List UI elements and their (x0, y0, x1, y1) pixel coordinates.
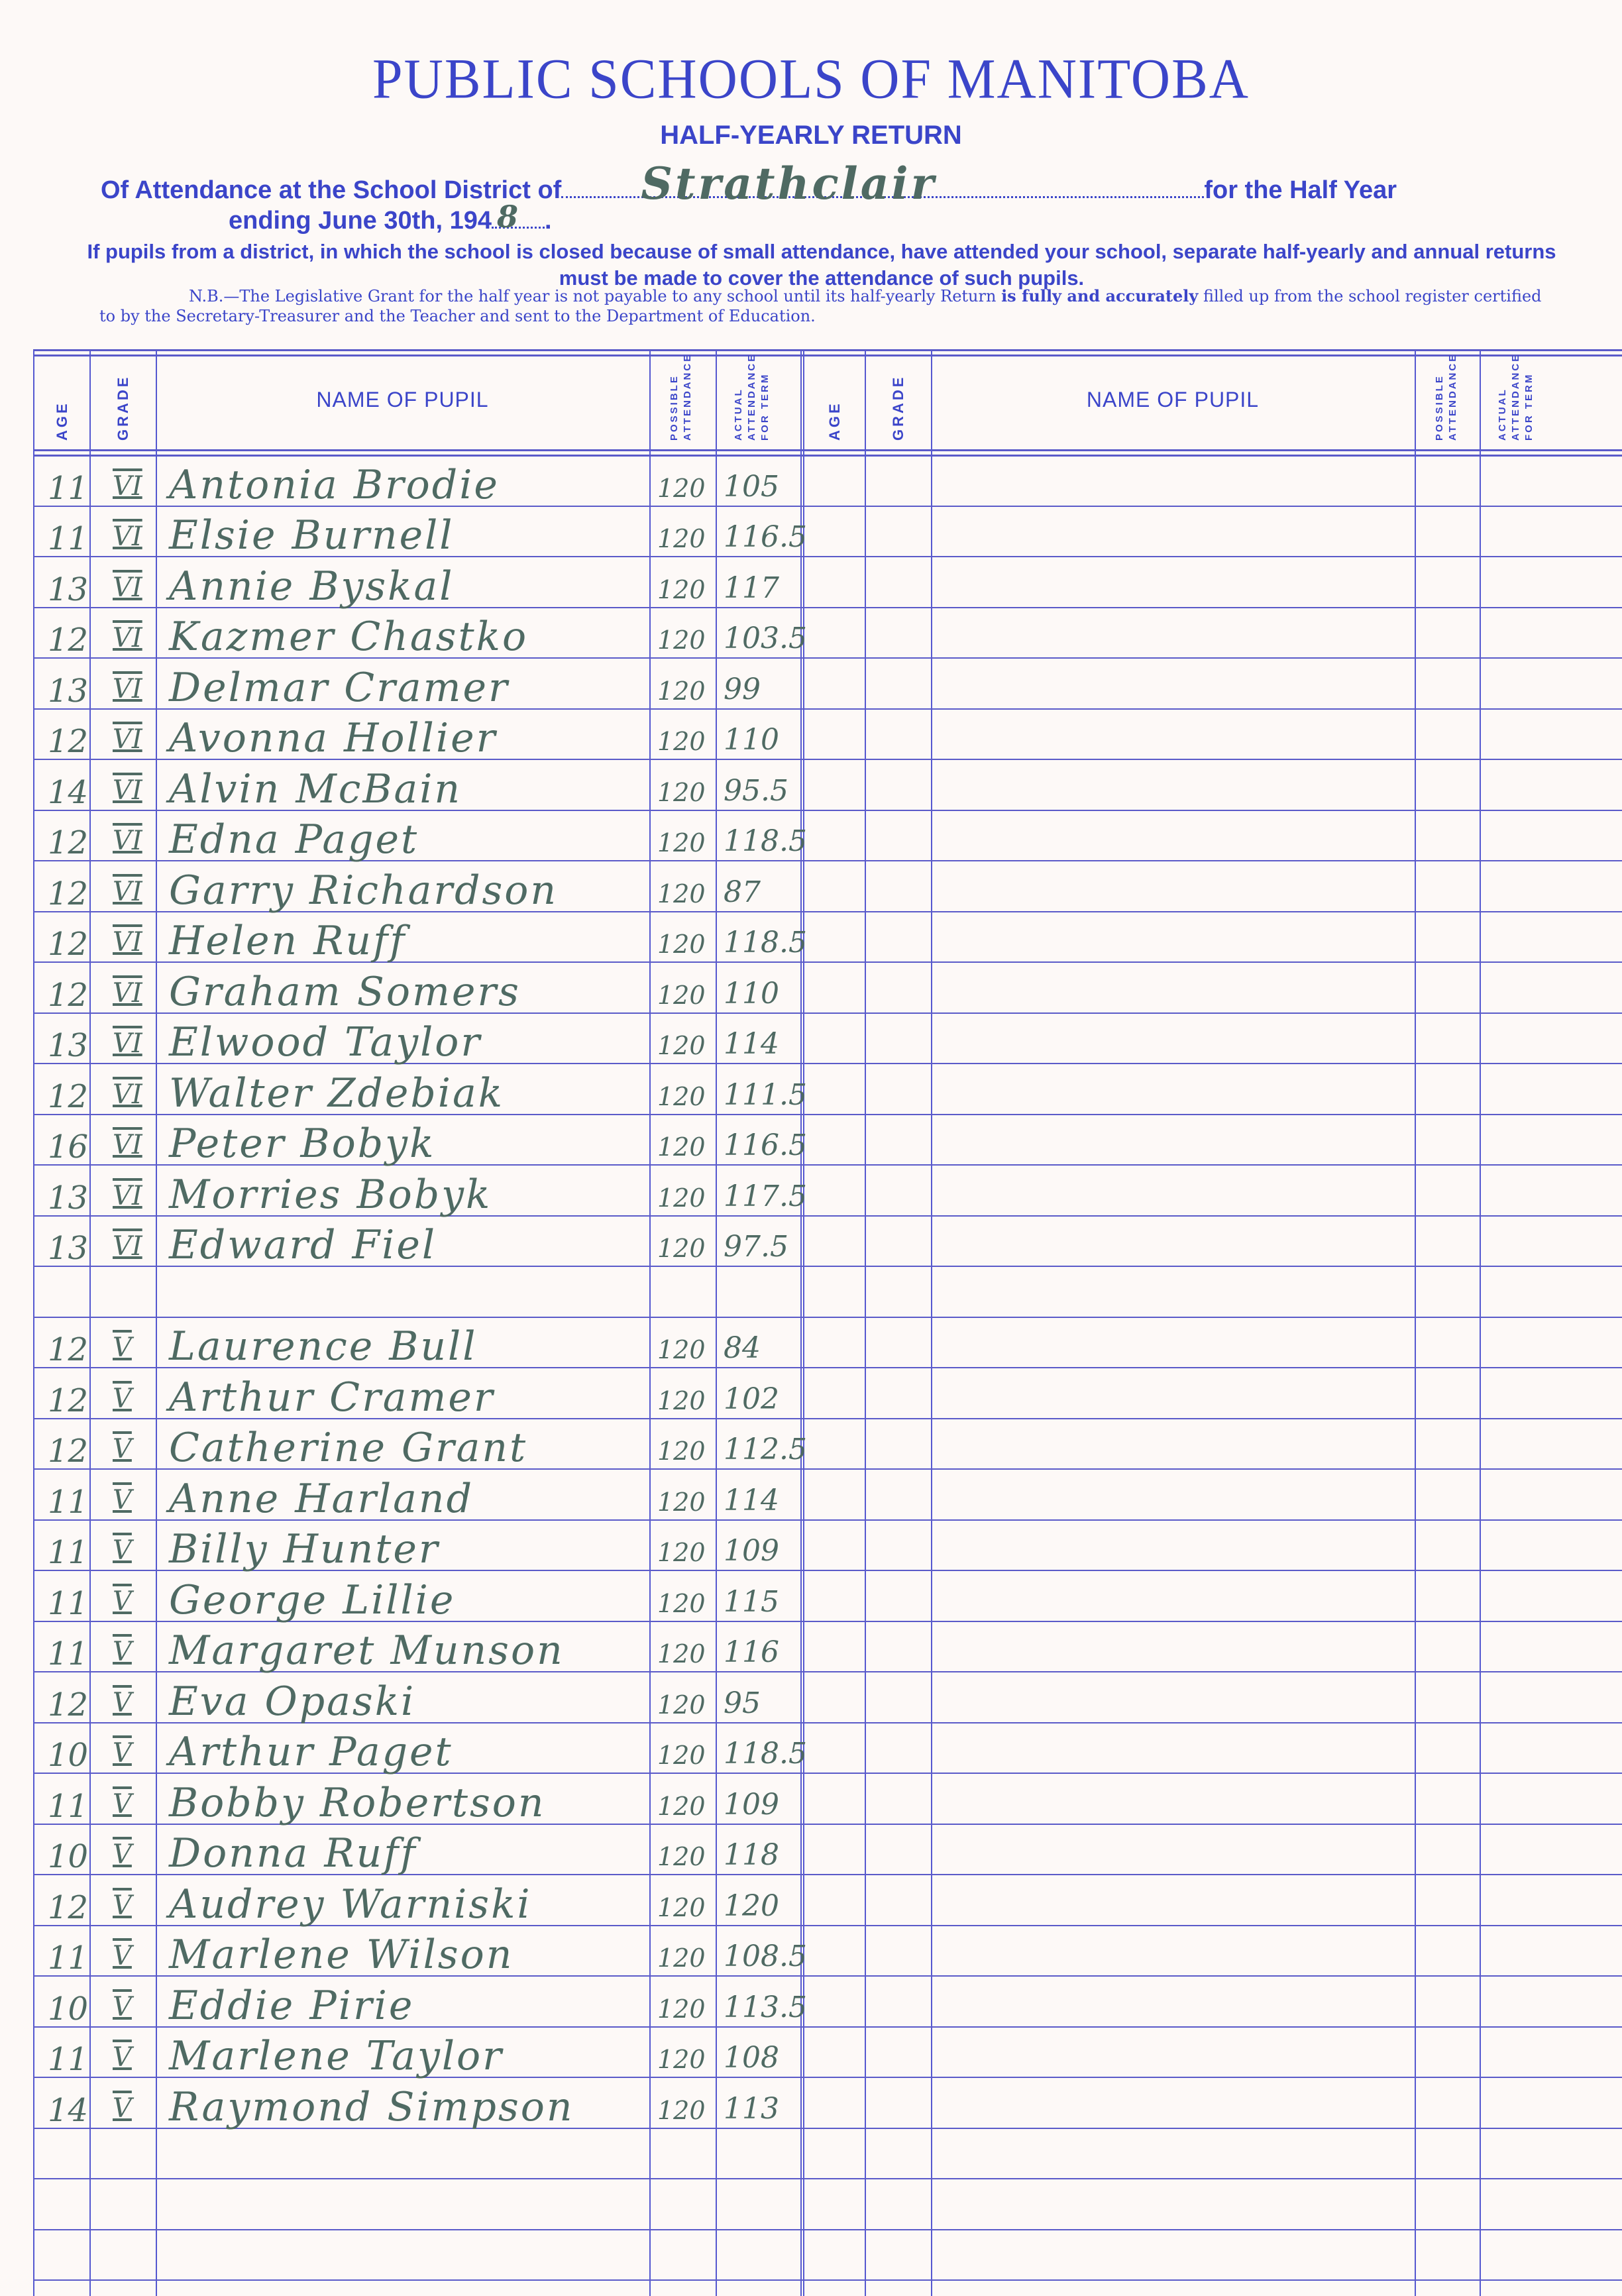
pupil-possible-attendance[interactable]: 120 (657, 1893, 706, 1922)
pupil-actual-attendance[interactable]: 97.5 (724, 1230, 788, 1264)
pupil-actual-attendance[interactable]: 114 (724, 1484, 779, 1517)
pupil-possible-attendance[interactable]: 120 (657, 1335, 706, 1364)
pupil-grade[interactable]: VI (113, 1028, 142, 1059)
pupil-grade[interactable]: V (113, 1535, 132, 1566)
pupil-age[interactable]: 13 (48, 1230, 88, 1267)
row-rule (33, 2279, 1622, 2281)
pupil-possible-attendance[interactable]: 120 (657, 1031, 706, 1060)
pupil-grade[interactable]: V (113, 1384, 132, 1414)
pupil-grade[interactable]: V (113, 1333, 132, 1363)
pupil-grade[interactable]: VI (113, 1079, 142, 1110)
pupil-name[interactable]: Kazmer Chastko (169, 614, 528, 660)
header-actual-left: ACTUALATTENDANCEFOR TERM (732, 353, 772, 441)
pupil-possible-attendance[interactable]: 120 (657, 1437, 706, 1466)
pupil-name[interactable]: Avonna Hollier (169, 715, 497, 761)
pupil-possible-attendance[interactable]: 120 (657, 1741, 706, 1770)
pupil-possible-attendance[interactable]: 120 (657, 575, 706, 604)
pupil-age[interactable]: 12 (48, 977, 88, 1014)
pupil-name[interactable]: Alvin McBain (169, 766, 462, 812)
pupil-age[interactable]: 12 (48, 1331, 88, 1368)
pupil-age[interactable]: 11 (48, 1484, 88, 1521)
pupil-actual-attendance[interactable]: 116 (724, 1635, 779, 1669)
pupil-grade[interactable]: VI (113, 775, 142, 806)
pupil-possible-attendance[interactable]: 120 (657, 2045, 706, 2074)
header-grade-right: GRADE (890, 375, 907, 441)
row-rule (33, 2178, 1622, 2179)
pupil-grade[interactable]: VI (113, 674, 142, 704)
pupil-possible-attendance[interactable]: 120 (657, 1943, 706, 1973)
district-label: Of Attendance at the School District of (101, 176, 561, 204)
pupil-age[interactable]: 11 (48, 1585, 88, 1622)
column-divider (1480, 351, 1481, 2296)
pupil-actual-attendance[interactable]: 118.5 (724, 824, 807, 858)
pupil-name[interactable]: Margaret Munson (169, 1627, 565, 1674)
pupil-possible-attendance[interactable]: 120 (657, 1082, 706, 1111)
pupil-possible-attendance[interactable]: 120 (657, 778, 706, 807)
pupil-possible-attendance[interactable]: 120 (657, 1589, 706, 1618)
pupil-name[interactable]: Bobby Robertson (169, 1780, 546, 1826)
pupil-grade[interactable]: V (113, 1688, 132, 1718)
header-grade-left: GRADE (115, 375, 132, 441)
pupil-actual-attendance[interactable]: 87 (724, 875, 761, 909)
pupil-grade[interactable]: VI (113, 826, 142, 856)
pupil-possible-attendance[interactable]: 120 (657, 879, 706, 908)
pupil-possible-attendance[interactable]: 120 (657, 1690, 706, 1720)
pupil-age[interactable]: 11 (48, 1534, 88, 1571)
pupil-name[interactable]: Billy Hunter (169, 1526, 440, 1572)
pupil-possible-attendance[interactable]: 120 (657, 1792, 706, 1821)
pupil-grade[interactable]: VI (113, 521, 142, 552)
row-rule (33, 2229, 1622, 2230)
pupil-age[interactable]: 11 (48, 1635, 88, 1672)
pupil-name[interactable]: Elsie Burnell (169, 512, 455, 559)
pupil-actual-attendance[interactable]: 117 (724, 571, 779, 605)
pupil-possible-attendance[interactable]: 120 (657, 1842, 706, 1871)
pupil-name[interactable]: Antonia Brodie (169, 462, 500, 508)
pupil-grade[interactable]: VI (113, 1181, 142, 1211)
pupil-grade[interactable]: VI (113, 1231, 142, 1262)
pupil-possible-attendance[interactable]: 120 (657, 1538, 706, 1567)
column-divider (716, 351, 717, 2296)
pupil-age[interactable]: 12 (48, 1382, 88, 1419)
pupil-age[interactable]: 12 (48, 1686, 88, 1723)
pupil-grade[interactable]: VI (113, 877, 142, 907)
pupil-name[interactable]: Peter Bobyk (169, 1121, 435, 1167)
pupil-age[interactable]: 11 (48, 2041, 88, 2078)
pupil-grade[interactable]: VI (113, 1130, 142, 1160)
pupil-actual-attendance[interactable]: 116.5 (724, 520, 807, 554)
pupil-name[interactable]: Elwood Taylor (169, 1019, 482, 1066)
legislative-grant-note: N.B.—The Legislative Grant for the half … (99, 286, 1557, 326)
pupil-actual-attendance[interactable]: 118 (724, 1838, 779, 1872)
pupil-grade[interactable]: V (113, 1789, 132, 1820)
pupil-possible-attendance[interactable]: 120 (657, 1386, 706, 1415)
pupil-age[interactable]: 12 (48, 723, 88, 760)
pupil-age[interactable]: 14 (48, 774, 88, 811)
pupil-actual-attendance[interactable]: 112.5 (724, 1433, 807, 1466)
year-field[interactable]: 8 (492, 204, 545, 229)
row-rule (33, 1317, 1622, 1318)
rule-line (33, 349, 1622, 351)
pupil-possible-attendance[interactable]: 120 (657, 626, 706, 655)
pupil-grade[interactable]: V (113, 1941, 132, 1971)
pupil-name[interactable]: Morries Bobyk (169, 1172, 492, 1218)
year-value: 8 (497, 199, 518, 235)
pupil-age[interactable]: 14 (48, 2092, 88, 2129)
rule-line (33, 455, 1622, 457)
pupil-age[interactable]: 11 (48, 520, 88, 557)
column-divider (33, 351, 34, 2296)
pupil-grade[interactable]: V (113, 1890, 132, 1921)
pupil-age[interactable]: 12 (48, 1078, 88, 1115)
pupil-actual-attendance[interactable]: 105 (724, 470, 779, 504)
pupil-possible-attendance[interactable]: 120 (657, 1488, 706, 1517)
pupil-age[interactable]: 11 (48, 1788, 88, 1825)
pupil-possible-attendance[interactable]: 120 (657, 1639, 706, 1668)
pupil-name[interactable]: Graham Somers (169, 969, 521, 1015)
pupil-name[interactable]: Eddie Pirie (169, 1983, 414, 2029)
pupil-name[interactable]: Arthur Cramer (169, 1374, 495, 1421)
pupil-actual-attendance[interactable]: 102 (724, 1382, 779, 1416)
pupil-name[interactable]: George Lillie (169, 1577, 455, 1623)
pupil-actual-attendance[interactable]: 108.5 (724, 1940, 807, 1973)
header-actual-right: ACTUALATTENDANCEFOR TERM (1496, 353, 1536, 441)
pupil-actual-attendance[interactable]: 99 (724, 673, 761, 706)
pupil-possible-attendance[interactable]: 120 (657, 1234, 706, 1263)
pupil-grade[interactable]: V (113, 2093, 132, 2124)
pupil-name[interactable]: Helen Ruff (169, 918, 406, 964)
column-divider (865, 351, 866, 2296)
pupil-age[interactable]: 13 (48, 673, 88, 710)
pupil-age[interactable]: 13 (48, 571, 88, 608)
pupil-possible-attendance[interactable]: 120 (657, 474, 706, 503)
pupil-actual-attendance[interactable]: 113.5 (724, 1991, 807, 2024)
district-field[interactable]: Strathclair (561, 171, 1204, 198)
pupil-actual-attendance[interactable]: 108 (724, 2041, 779, 2075)
pupil-age[interactable]: 13 (48, 1179, 88, 1217)
pupil-possible-attendance[interactable]: 120 (657, 1995, 706, 2024)
pupil-age[interactable]: 11 (48, 470, 88, 507)
pupil-name[interactable]: Donna Ruff (169, 1830, 417, 1877)
pupil-grade[interactable]: VI (113, 471, 142, 502)
pupil-age[interactable]: 10 (48, 1991, 88, 2028)
pupil-possible-attendance[interactable]: 120 (657, 981, 706, 1010)
pupil-age[interactable]: 12 (48, 1889, 88, 1926)
pupil-actual-attendance[interactable]: 118.5 (724, 926, 807, 959)
pupil-name[interactable]: Garry Richardson (169, 867, 558, 914)
pupil-grade[interactable]: V (113, 1839, 132, 1870)
header-name-left: NAME OF PUPIL (156, 388, 649, 412)
pupil-actual-attendance[interactable]: 118.5 (724, 1737, 807, 1771)
column-divider (89, 351, 91, 2296)
half-year-label: for the Half Year (1204, 176, 1397, 204)
pupil-name[interactable]: Marlene Wilson (169, 1932, 514, 1978)
pupil-actual-attendance[interactable]: 113 (724, 2092, 779, 2126)
pupil-actual-attendance[interactable]: 103.5 (724, 622, 807, 655)
pupil-grade[interactable]: VI (113, 623, 142, 653)
pupil-grade[interactable]: V (113, 1586, 132, 1617)
column-divider (156, 351, 157, 2296)
form-subtitle: HALF-YEARLY RETURN (0, 121, 1622, 150)
district-value: Strathclair (641, 158, 936, 209)
pupil-possible-attendance[interactable]: 120 (657, 2096, 706, 2125)
pupil-age[interactable]: 12 (48, 926, 88, 963)
pupil-actual-attendance[interactable]: 95 (724, 1686, 761, 1720)
pupil-actual-attendance[interactable]: 114 (724, 1027, 779, 1061)
header-age-right: AGE (826, 401, 843, 441)
pupil-name[interactable]: Edward Fiel (169, 1222, 437, 1268)
pupil-name[interactable]: Anne Harland (169, 1476, 474, 1522)
pupil-actual-attendance[interactable]: 110 (724, 977, 779, 1011)
pupil-grade[interactable]: VI (113, 573, 142, 603)
pupil-name[interactable]: Audrey Warniski (169, 1881, 532, 1928)
pupil-grade[interactable]: VI (113, 978, 142, 1009)
pupil-actual-attendance[interactable]: 111.5 (724, 1078, 807, 1112)
pupil-name[interactable]: Annie Byskal (169, 563, 454, 610)
pupil-grade[interactable]: V (113, 2042, 132, 2073)
pupil-grade[interactable]: V (113, 1434, 132, 1464)
ending-line: ending June 30th, 1948. (229, 204, 552, 235)
column-divider (1415, 351, 1416, 2296)
pupil-name[interactable]: Arthur Paget (169, 1729, 453, 1775)
form-title: PUBLIC SCHOOLS OF MANITOBA (0, 46, 1622, 112)
pupil-name[interactable]: Eva Opaski (169, 1678, 415, 1725)
pupil-grade[interactable]: V (113, 1738, 132, 1769)
rule-line (33, 355, 1622, 356)
pupil-actual-attendance[interactable]: 95.5 (724, 774, 788, 808)
pupil-name[interactable]: Catherine Grant (169, 1425, 527, 1471)
rule-line (33, 449, 1622, 451)
pupil-possible-attendance[interactable]: 120 (657, 1183, 706, 1213)
pupil-possible-attendance[interactable]: 120 (657, 727, 706, 756)
pupil-age[interactable]: 12 (48, 824, 88, 861)
pupil-possible-attendance[interactable]: 120 (657, 1132, 706, 1162)
pupil-actual-attendance[interactable]: 115 (724, 1585, 779, 1619)
pupil-grade[interactable]: VI (113, 927, 142, 957)
header-name-right: NAME OF PUPIL (931, 388, 1415, 412)
pupil-age[interactable]: 12 (48, 1433, 88, 1470)
column-divider (931, 351, 932, 2296)
pupil-possible-attendance[interactable]: 120 (657, 828, 706, 857)
pupil-possible-attendance[interactable]: 120 (657, 930, 706, 959)
pupil-age[interactable]: 16 (48, 1128, 88, 1166)
pupil-possible-attendance[interactable]: 120 (657, 524, 706, 553)
pupil-name[interactable]: Delmar Cramer (169, 665, 510, 711)
pupil-possible-attendance[interactable]: 120 (657, 677, 706, 706)
pupil-age[interactable]: 13 (48, 1027, 88, 1064)
pupil-actual-attendance[interactable]: 117.5 (724, 1179, 807, 1213)
pupil-actual-attendance[interactable]: 116.5 (724, 1128, 807, 1162)
header-possible-left: POSSIBLEATTENDANCE (668, 353, 694, 441)
pupil-age[interactable]: 11 (48, 1940, 88, 1977)
pupil-name[interactable]: Raymond Simpson (169, 2084, 574, 2130)
pupil-name[interactable]: Marlene Taylor (169, 2033, 504, 2079)
pupil-age[interactable]: 10 (48, 1838, 88, 1875)
header-age-left: AGE (54, 401, 71, 441)
pupil-actual-attendance[interactable]: 84 (724, 1331, 761, 1365)
column-divider (649, 351, 651, 2296)
pupil-age[interactable]: 12 (48, 875, 88, 912)
header-possible-right: POSSIBLEATTENDANCE (1433, 353, 1460, 441)
pupil-name[interactable]: Laurence Bull (169, 1323, 477, 1370)
pupil-actual-attendance[interactable]: 109 (724, 1788, 779, 1822)
pupil-grade[interactable]: V (113, 1992, 132, 2022)
pupil-grade[interactable]: V (113, 1485, 132, 1515)
ending-label: ending June 30th, 194 (229, 207, 492, 235)
pupil-age[interactable]: 10 (48, 1737, 88, 1774)
pupil-age[interactable]: 12 (48, 622, 88, 659)
district-line: Of Attendance at the School District ofS… (101, 171, 1397, 205)
closed-district-notice: If pupils from a district, in which the … (86, 239, 1557, 292)
pupil-actual-attendance[interactable]: 109 (724, 1534, 779, 1568)
pupil-grade[interactable]: VI (113, 724, 142, 755)
pupil-name[interactable]: Edna Paget (169, 816, 419, 863)
pupil-actual-attendance[interactable]: 110 (724, 723, 779, 757)
pupil-grade[interactable]: V (113, 1637, 132, 1667)
pupil-name[interactable]: Walter Zdebiak (169, 1070, 504, 1117)
pupil-actual-attendance[interactable]: 120 (724, 1889, 779, 1923)
